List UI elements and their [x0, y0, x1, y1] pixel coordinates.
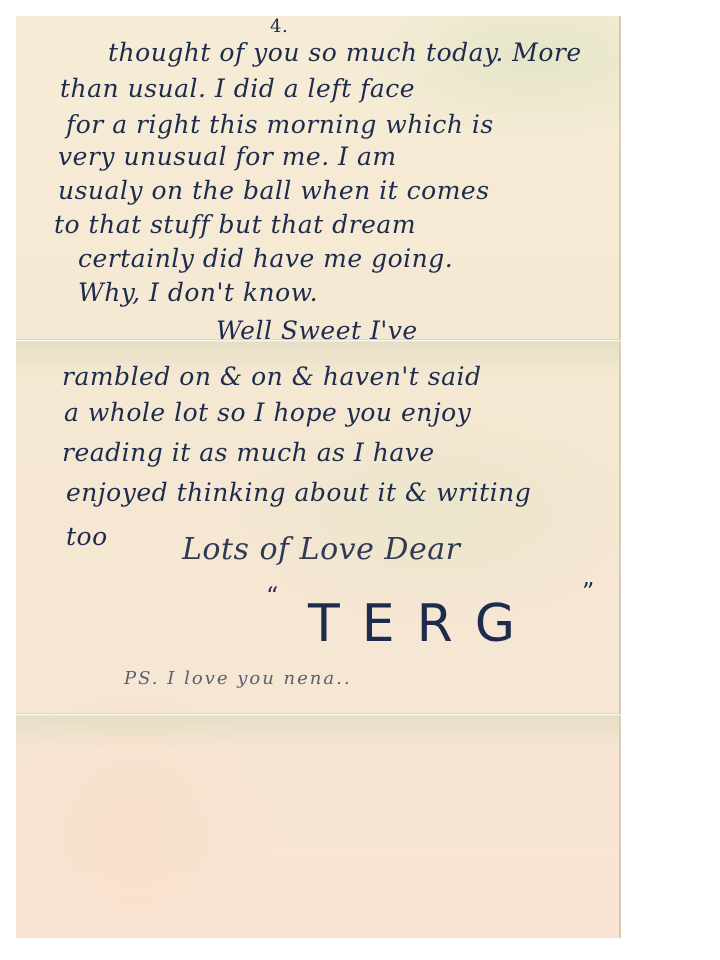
letter-line-7: certainly did have me going.: [78, 244, 453, 273]
signature-open-quote: “: [266, 582, 279, 610]
letter-page: 4. thought of you so much today. More th…: [16, 16, 621, 938]
letter-line-3: for a right this morning which is: [66, 110, 494, 139]
letter-line-10: rambled on & on & haven't said: [62, 362, 482, 391]
letter-line-4: very unusual for me. I am: [58, 142, 397, 171]
fold-crease-lower: [16, 713, 621, 716]
letter-line-5: usualy on the ball when it comes: [58, 176, 490, 205]
letter-line-14: too: [66, 522, 108, 551]
page-number: 4.: [270, 16, 288, 37]
letter-line-1: thought of you so much today. More: [108, 38, 582, 67]
fold-shadow-lower: [16, 716, 621, 750]
letter-line-11: a whole lot so I hope you enjoy: [64, 398, 471, 427]
letter-line-13: enjoyed thinking about it & writing: [66, 478, 531, 507]
letter-line-12: reading it as much as I have: [62, 438, 435, 467]
letter-line-6: to that stuff but that dream: [54, 210, 416, 239]
letter-line-2: than usual. I did a left face: [60, 74, 415, 103]
signature-name: TERG: [308, 594, 537, 654]
letter-line-8: Why, I don't know.: [78, 278, 318, 307]
letter-line-9: Well Sweet I've: [216, 316, 418, 345]
signature-close-quote: ”: [582, 578, 595, 606]
postscript: PS. I love you nena..: [124, 668, 352, 689]
letter-closing: Lots of Love Dear: [182, 532, 460, 567]
